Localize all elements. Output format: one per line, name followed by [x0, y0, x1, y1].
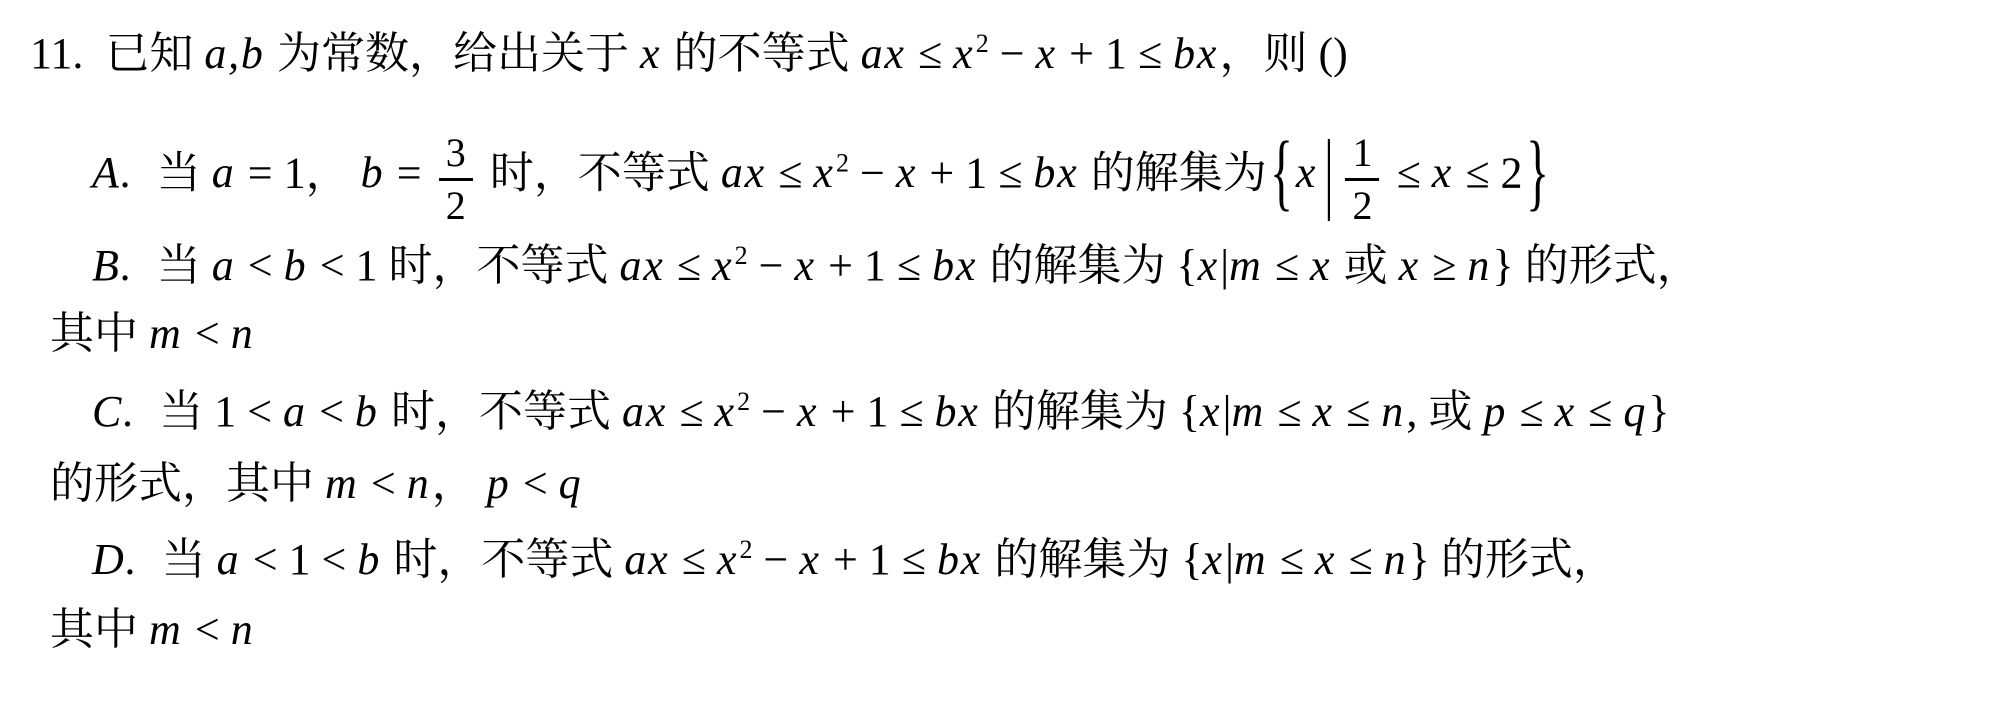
math-run: ax	[721, 148, 767, 197]
math-run: n	[1467, 241, 1492, 290]
math-run: ax	[624, 535, 670, 584]
option-c-continuation: 的形式，其中 m < n， p < q	[50, 456, 584, 511]
math-run: x	[799, 535, 822, 584]
math-run: ≤	[668, 387, 714, 436]
math-run: x	[797, 387, 820, 436]
math-run	[135, 148, 157, 197]
option-b-line: B. 当 a < b < 1 时，不等式 ax ≤ x2 − x + 1 ≤ b…	[92, 238, 1701, 293]
math-run: ,	[1406, 387, 1428, 436]
math-run	[135, 241, 157, 290]
text-run: ，则	[1220, 29, 1319, 78]
text-run: 的形式，	[1430, 535, 1617, 584]
math-run: m	[149, 605, 184, 654]
math-run: x	[715, 387, 738, 436]
math-run: q	[1623, 387, 1648, 436]
math-run: ≤	[1386, 148, 1432, 197]
math-run: x	[953, 29, 976, 78]
text-run: 时，不等式	[389, 241, 620, 290]
math-run: ax	[861, 29, 907, 78]
math-run: n	[231, 605, 256, 654]
math-run: ≤	[1338, 535, 1384, 584]
denominator: 2	[439, 185, 473, 227]
math-run: <	[237, 241, 284, 290]
math-run: x	[813, 148, 836, 197]
big-brace: {	[1270, 130, 1293, 216]
math-run: + 1 ≤	[1058, 29, 1173, 78]
fraction-bar	[1345, 178, 1379, 181]
superscript: 2	[735, 241, 748, 270]
math-run: <	[184, 309, 231, 358]
math-run: = 1	[237, 148, 306, 197]
text-run: 为常数，给出关于	[266, 29, 640, 78]
text-run: 时，不等式	[380, 387, 622, 436]
math-run: −	[750, 387, 797, 436]
math-run: q	[559, 459, 584, 508]
math-run: −	[989, 29, 1036, 78]
math-run: {	[1181, 535, 1202, 584]
superscript: 2	[976, 29, 989, 58]
math-run: ≤	[1508, 387, 1554, 436]
math-run: b	[361, 148, 386, 197]
math-run: ≤	[767, 148, 813, 197]
math-run: x	[896, 148, 919, 197]
math-run: x	[1399, 241, 1422, 290]
math-run: ≤	[1269, 535, 1315, 584]
text-run: 的解集为	[978, 241, 1176, 290]
math-run: x	[1312, 387, 1335, 436]
math-run: + 1 ≤	[918, 148, 1033, 197]
math-run: x	[1296, 148, 1319, 197]
text-run: 其中	[50, 309, 149, 358]
math-run: b	[355, 387, 380, 436]
math-run: <	[512, 459, 559, 508]
math-run: A.	[92, 148, 135, 197]
math-run: ax	[622, 387, 668, 436]
math-run: D.	[92, 535, 140, 584]
math-run: B.	[92, 241, 135, 290]
math-run: ≤	[1577, 387, 1623, 436]
math-run: x	[717, 535, 740, 584]
set-divider-bar: |	[1325, 128, 1334, 218]
math-run: m	[149, 309, 184, 358]
text-run: 已知	[105, 29, 204, 78]
math-run: 1 <	[214, 387, 283, 436]
option-d-line: D. 当 a < 1 < b 时，不等式 ax ≤ x2 − x + 1 ≤ b…	[92, 532, 1617, 587]
math-run: n	[407, 459, 432, 508]
math-run: m	[325, 459, 360, 508]
math-run	[137, 387, 159, 436]
math-run: b	[284, 241, 309, 290]
math-run: ≤	[671, 535, 717, 584]
math-run: x	[712, 241, 735, 290]
text-run: 的解集为	[983, 535, 1181, 584]
math-run: <	[360, 459, 407, 508]
math-run: x	[1202, 535, 1225, 584]
fraction: 32	[439, 132, 473, 227]
math-run: {	[1176, 241, 1197, 290]
math-run: < 1 <	[242, 535, 358, 584]
math-run: =	[386, 148, 433, 197]
math-run: <	[308, 387, 355, 436]
math-run: m	[1234, 535, 1269, 584]
math-run: bx	[1173, 29, 1219, 78]
math-run: n	[231, 309, 256, 358]
math-run: a	[212, 241, 237, 290]
text-run: 的形式，	[1514, 241, 1701, 290]
numerator: 1	[1345, 132, 1379, 174]
option-b-continuation: 其中 m < n	[50, 306, 256, 361]
math-run: |	[1225, 535, 1234, 584]
math-run: + 1 ≤	[817, 241, 932, 290]
option-c-line: C. 当 1 < a < b 时，不等式 ax ≤ x2 − x + 1 ≤ b…	[92, 384, 1670, 439]
text-run: ，	[306, 148, 361, 197]
math-run: ≤	[907, 29, 953, 78]
math-run: x	[640, 29, 663, 78]
question-line: 11. 已知 a,b 为常数，给出关于 x 的不等式 ax ≤ x2 − x +…	[30, 26, 1348, 81]
math-run: |	[1220, 241, 1229, 290]
math-run: bx	[937, 535, 983, 584]
math-run: x	[1198, 241, 1221, 290]
math-run: b	[357, 535, 382, 584]
text-run: 的解集为	[981, 387, 1179, 436]
math-run: ≥	[1421, 241, 1467, 290]
text-run: 时，不等式	[382, 535, 624, 584]
math-run: ()	[1319, 29, 1348, 78]
problem-page: 11. 已知 a,b 为常数，给出关于 x 的不等式 ax ≤ x2 − x +…	[0, 0, 2000, 707]
fraction: 12	[1345, 132, 1379, 227]
math-run	[140, 535, 162, 584]
superscript: 2	[740, 535, 753, 564]
text-run: 的形式，其中	[50, 459, 325, 508]
math-run: p	[1483, 387, 1508, 436]
math-run: x	[795, 241, 818, 290]
math-run: x	[1555, 387, 1578, 436]
text-run: 或	[1333, 241, 1399, 290]
math-run: a,b	[204, 29, 266, 78]
math-run: bx	[932, 241, 978, 290]
math-run: a	[217, 535, 242, 584]
math-run: n	[1384, 535, 1409, 584]
math-run: x	[1200, 387, 1223, 436]
math-run: x	[1432, 148, 1455, 197]
math-run: −	[849, 148, 896, 197]
math-run: a	[283, 387, 308, 436]
math-run: x	[1310, 241, 1333, 290]
math-run: <	[184, 605, 231, 654]
fraction-bar	[439, 178, 473, 181]
denominator: 2	[1345, 185, 1379, 227]
text-run: 当	[162, 535, 217, 584]
text-run: 当	[157, 148, 212, 197]
superscript: 2	[737, 387, 750, 416]
math-run: ax	[620, 241, 666, 290]
math-run: x	[1036, 29, 1059, 78]
math-run: }	[1492, 241, 1513, 290]
math-run: ≤	[666, 241, 712, 290]
math-run: x	[1315, 535, 1338, 584]
math-run: }	[1648, 387, 1669, 436]
big-brace: }	[1526, 130, 1549, 216]
math-run: }	[1409, 535, 1430, 584]
math-run: ≤ 2	[1454, 148, 1522, 197]
math-run: −	[753, 535, 800, 584]
text-run: 或	[1428, 387, 1483, 436]
math-run: a	[212, 148, 237, 197]
text-run: 的不等式	[663, 29, 861, 78]
superscript: 2	[836, 148, 849, 177]
math-run: ≤	[1335, 387, 1381, 436]
option-d-continuation: 其中 m < n	[50, 602, 256, 657]
math-run: p	[487, 459, 512, 508]
numerator: 3	[439, 132, 473, 174]
math-run: m	[1231, 387, 1266, 436]
math-run: < 1	[309, 241, 389, 290]
math-run: + 1 ≤	[822, 535, 937, 584]
text-run: 的解集为	[1080, 148, 1267, 197]
text-run: 时，不等式	[479, 148, 721, 197]
text-run: 当	[159, 387, 214, 436]
text-run: ，	[432, 459, 487, 508]
math-run: m	[1229, 241, 1264, 290]
text-run: 当	[157, 241, 212, 290]
math-run: {	[1179, 387, 1200, 436]
math-run: n	[1381, 387, 1406, 436]
math-run: ≤	[1264, 241, 1310, 290]
math-run: −	[748, 241, 795, 290]
math-run: 11.	[30, 29, 105, 78]
math-run: bx	[935, 387, 981, 436]
text-run: 其中	[50, 605, 149, 654]
option-a-line: A. 当 a = 1， b = 32 时，不等式 ax ≤ x2 − x + 1…	[92, 132, 1552, 227]
math-run: + 1 ≤	[820, 387, 935, 436]
math-run: bx	[1033, 148, 1079, 197]
math-run: ≤	[1266, 387, 1312, 436]
math-run: C.	[92, 387, 137, 436]
